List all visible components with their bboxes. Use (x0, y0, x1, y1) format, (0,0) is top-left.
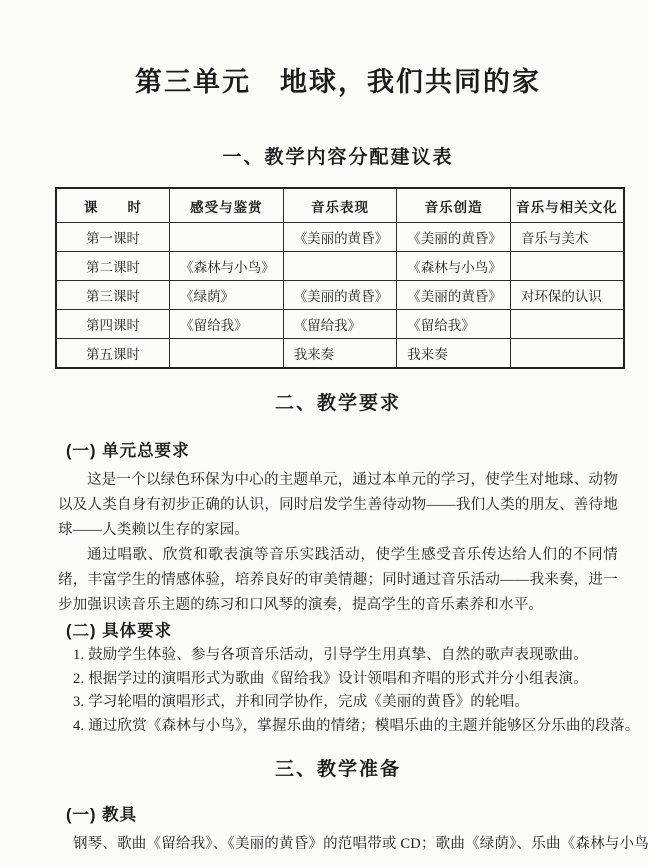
table-cell: 《留给我》 (397, 310, 511, 339)
unit-title: 第三单元 地球，我们共同的家 (58, 66, 618, 100)
teaching-aids-paragraph: 钢琴、歌曲《留给我》、《美丽的黄昏》的范唱带或 CD；歌曲《绿荫》、乐曲《森林与… (58, 833, 618, 856)
table-cell (510, 339, 624, 369)
row-label: 第三课时 (56, 281, 170, 310)
table-body: 第一课时 《美丽的黄昏》 《美丽的黄昏》 音乐与美术 第二课时 《森林与小鸟》 … (56, 223, 624, 369)
table-row: 第四课时 《留给我》 《留给我》 《留给我》 (56, 310, 624, 339)
table-cell: 《美丽的黄昏》 (397, 281, 511, 310)
section-3-heading: 三、教学准备 (58, 758, 618, 783)
table-cell (510, 310, 624, 339)
requirement-item: 4. 通过欣赏《森林与小鸟》，掌握乐曲的情绪；模唱乐曲的主题并能够区分乐曲的段落… (58, 715, 618, 739)
table-head: 课 时 感受与鉴赏 音乐表现 音乐创造 音乐与相关文化 (56, 188, 624, 223)
row-label: 第二课时 (56, 252, 170, 281)
header-cell-appreciation: 感受与鉴赏 (170, 188, 284, 223)
header-cell-lesson: 课 时 (56, 188, 170, 223)
table-cell: 《绿荫》 (170, 281, 284, 310)
subsection-teaching-aids-heading: (一) 教具 (58, 805, 618, 826)
table-cell: 《美丽的黄昏》 (283, 223, 397, 252)
table-cell: 我来奏 (397, 339, 511, 369)
unit-requirements-paragraph-2: 通过唱歌、欣赏和歌表演等音乐实践活动，使学生感受音乐传达给人们的不同情绪，丰富学… (58, 543, 618, 618)
table-row: 第五课时 我来奏 我来奏 (56, 339, 624, 369)
table-row: 第一课时 《美丽的黄昏》 《美丽的黄昏》 音乐与美术 (56, 223, 624, 252)
subsection-specific-requirements-heading: (二) 具体要求 (58, 621, 618, 642)
section-2-heading: 二、教学要求 (58, 392, 618, 417)
section-1-heading: 一、教学内容分配建议表 (58, 146, 618, 171)
header-cell-performance: 音乐表现 (283, 188, 397, 223)
table-cell (510, 252, 624, 281)
requirements-list: 1. 鼓励学生体验、参与各项音乐活动，引导学生用真挚、自然的歌声表现歌曲。 2.… (58, 644, 618, 738)
table-cell: 《美丽的黄昏》 (283, 281, 397, 310)
table-cell (170, 339, 284, 369)
table-header-row: 课 时 感受与鉴赏 音乐表现 音乐创造 音乐与相关文化 (56, 188, 624, 223)
header-cell-culture: 音乐与相关文化 (510, 188, 624, 223)
table-cell: 对环保的认识 (510, 281, 624, 310)
lesson-allocation-table: 课 时 感受与鉴赏 音乐表现 音乐创造 音乐与相关文化 第一课时 《美丽的黄昏》… (55, 187, 625, 369)
header-cell-creation: 音乐创造 (397, 188, 511, 223)
table-cell: 《森林与小鸟》 (170, 252, 284, 281)
table-cell: 我来奏 (283, 339, 397, 369)
table-cell: 《美丽的黄昏》 (397, 223, 511, 252)
requirement-item: 3. 学习轮唱的演唱形式，并和同学协作，完成《美丽的黄昏》的轮唱。 (58, 691, 618, 715)
document-page: 第三单元 地球，我们共同的家 一、教学内容分配建议表 课 时 感受与鉴赏 音乐表… (0, 0, 648, 865)
row-label: 第一课时 (56, 223, 170, 252)
subsection-unit-requirements-heading: (一) 单元总要求 (58, 441, 618, 462)
row-label: 第四课时 (56, 310, 170, 339)
table-cell: 音乐与美术 (510, 223, 624, 252)
requirement-item: 2. 根据学过的演唱形式为歌曲《留给我》设计领唱和齐唱的形式并分小组表演。 (58, 668, 618, 692)
unit-requirements-paragraph-1: 这是一个以绿色环保为中心的主题单元，通过本单元的学习，使学生对地球、动物以及人类… (58, 468, 618, 543)
table-row: 第二课时 《森林与小鸟》 《森林与小鸟》 (56, 252, 624, 281)
table-cell (283, 252, 397, 281)
table-cell: 《留给我》 (170, 310, 284, 339)
requirement-item: 1. 鼓励学生体验、参与各项音乐活动，引导学生用真挚、自然的歌声表现歌曲。 (58, 644, 618, 668)
table-cell (170, 223, 284, 252)
row-label: 第五课时 (56, 339, 170, 369)
table-cell: 《森林与小鸟》 (397, 252, 511, 281)
table-row: 第三课时 《绿荫》 《美丽的黄昏》 《美丽的黄昏》 对环保的认识 (56, 281, 624, 310)
table-cell: 《留给我》 (283, 310, 397, 339)
